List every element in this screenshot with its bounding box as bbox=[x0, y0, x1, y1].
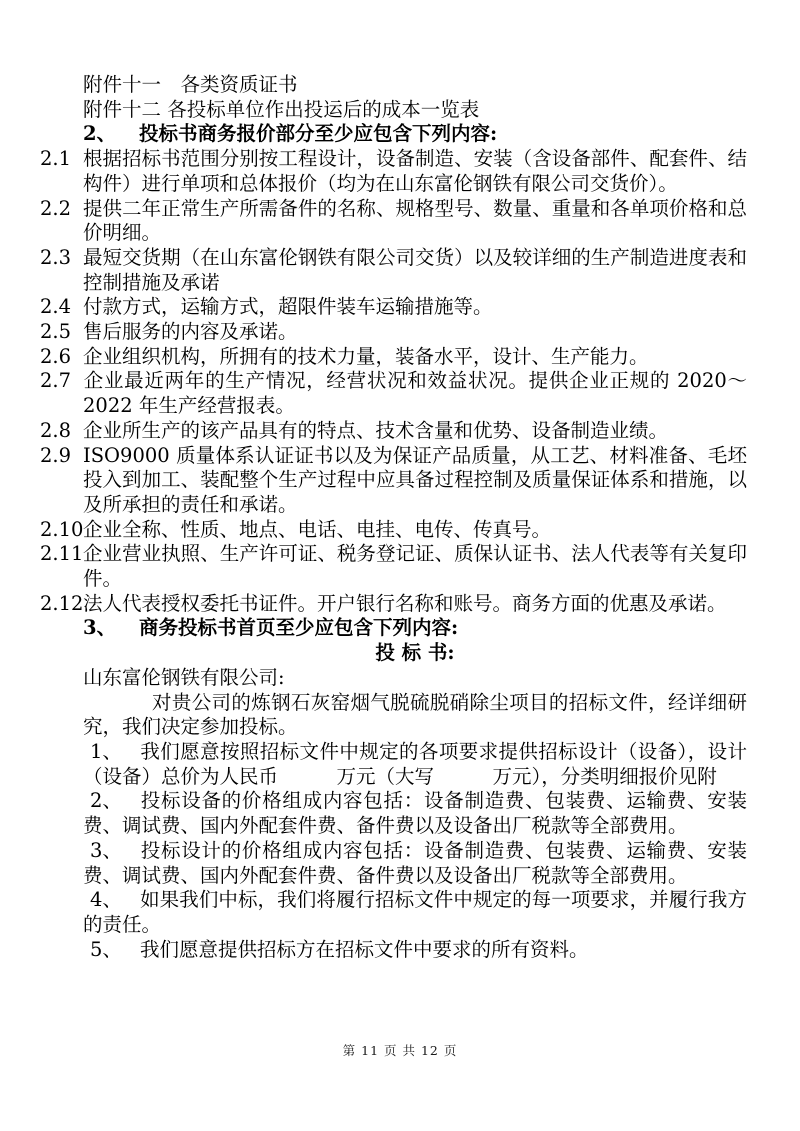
page-content: 附件十一 各类资质证书 附件十二 各投标单位作出投运后的成本一览表 2、投标书商… bbox=[83, 73, 747, 962]
clause-2-5: 2.5售后服务的内容及承诺。 bbox=[83, 320, 747, 345]
clause-number: 2.3 bbox=[40, 246, 83, 271]
clause-text: 企业最近两年的生产情况，经营状况和效益状况。提供企业正规的 2020～2022 … bbox=[83, 369, 747, 417]
clause-number: 2.5 bbox=[40, 320, 83, 345]
letter-item-3: 3、投标设计的价格组成内容包括：设备制造费、包装费、运输费、安装费、调试费、国内… bbox=[83, 839, 747, 888]
page-footer: 第 11 页 共 12 页 bbox=[0, 1044, 800, 1058]
clause-number: 2.6 bbox=[40, 345, 83, 370]
letter-item-5: 5、我们愿意提供招标方在招标文件中要求的所有资料。 bbox=[83, 938, 747, 963]
clause-number: 2.12 bbox=[40, 592, 83, 617]
letter-item-text: 我们愿意提供招标方在招标文件中要求的所有资料。 bbox=[140, 938, 589, 961]
clause-number: 2.10 bbox=[40, 518, 83, 543]
clause-text: 最短交货期（在山东富伦钢铁有限公司交货）以及较详细的生产制造进度表和控制措施及承… bbox=[83, 246, 747, 294]
section-3-number: 3、 bbox=[83, 616, 139, 641]
clause-number: 2.11 bbox=[40, 542, 83, 567]
letter-item-text: 投标设备的价格组成内容包括：设备制造费、包装费、运输费、安装费、调试费、国内外配… bbox=[83, 789, 747, 837]
clause-2-1: 2.1根据招标书范围分别按工程设计，设备制造、安装（含设备部件、配套件、结构件）… bbox=[83, 147, 747, 196]
clause-text: 企业全称、性质、地点、电话、电挂、电传、传真号。 bbox=[83, 518, 551, 541]
section-2-number: 2、 bbox=[83, 122, 139, 147]
clause-2-2: 2.2提供二年正常生产所需备件的名称、规格型号、数量、重量和各单项价格和总价明细… bbox=[83, 197, 747, 246]
letter-item-number: 3、 bbox=[90, 839, 140, 864]
section-3-title: 商务投标书首页至少应包含下列内容: bbox=[139, 616, 458, 639]
bid-letter-addressee: 山东富伦钢铁有限公司: bbox=[83, 666, 747, 691]
clause-text: ISO9000 质量体系认证证书以及为保证产品质量，从工艺、材料准备、毛坯投入到… bbox=[83, 444, 747, 516]
clause-2-8: 2.8企业所生产的该产品具有的特点、技术含量和优势、设备制造业绩。 bbox=[83, 419, 747, 444]
section-3-heading: 3、商务投标书首页至少应包含下列内容: bbox=[83, 616, 747, 641]
clause-2-11: 2.11企业营业执照、生产许可证、税务登记证、质保认证书、法人代表等有关复印件。 bbox=[83, 542, 747, 591]
clause-number: 2.9 bbox=[40, 444, 83, 469]
section-2-heading: 2、投标书商务报价部分至少应包含下列内容: bbox=[83, 122, 747, 147]
clause-text: 提供二年正常生产所需备件的名称、规格型号、数量、重量和各单项价格和总价明细。 bbox=[83, 197, 747, 245]
letter-item-4: 4、如果我们中标，我们将履行招标文件中规定的每一项要求，并履行我方的责任。 bbox=[83, 888, 747, 937]
clause-number: 2.1 bbox=[40, 147, 83, 172]
clause-2-12: 2.12法人代表授权委托书证件。开户银行名称和账号。商务方面的优惠及承诺。 bbox=[83, 592, 747, 617]
clause-text: 法人代表授权委托书证件。开户银行名称和账号。商务方面的优惠及承诺。 bbox=[83, 592, 727, 615]
clause-2-6: 2.6企业组织机构，所拥有的技术力量，装备水平，设计、生产能力。 bbox=[83, 345, 747, 370]
bid-letter-intro: 对贵公司的炼钢石灰窑烟气脱硫脱硝除尘项目的招标文件，经详细研究，我们决定参加投标… bbox=[83, 691, 747, 740]
letter-item-text: 投标设计的价格组成内容包括：设备制造费、包装费、运输费、安装费、调试费、国内外配… bbox=[83, 839, 747, 887]
section-2-title: 投标书商务报价部分至少应包含下列内容: bbox=[139, 122, 497, 145]
clause-2-4: 2.4付款方式，运输方式，超限件装车运输措施等。 bbox=[83, 295, 747, 320]
clause-2-7: 2.7企业最近两年的生产情况，经营状况和效益状况。提供企业正规的 2020～20… bbox=[83, 369, 747, 418]
clause-number: 2.7 bbox=[40, 369, 83, 394]
letter-item-number: 2、 bbox=[90, 789, 140, 814]
clause-text: 企业所生产的该产品具有的特点、技术含量和优势、设备制造业绩。 bbox=[83, 419, 668, 442]
attachment-line-11: 附件十一 各类资质证书 bbox=[83, 73, 747, 98]
attachment-line-12: 附件十二 各投标单位作出投运后的成本一览表 bbox=[83, 98, 747, 123]
document-page: 附件十一 各类资质证书 附件十二 各投标单位作出投运后的成本一览表 2、投标书商… bbox=[0, 0, 800, 1131]
letter-item-number: 5、 bbox=[90, 938, 140, 963]
letter-item-1: 1、我们愿意按照招标文件中规定的各项要求提供招标设计（设备），设计（设备）总价为… bbox=[83, 740, 747, 789]
clause-2-10: 2.10企业全称、性质、地点、电话、电挂、电传、传真号。 bbox=[83, 518, 747, 543]
clause-2-3: 2.3最短交货期（在山东富伦钢铁有限公司交货）以及较详细的生产制造进度表和控制措… bbox=[83, 246, 747, 295]
letter-item-text: 我们愿意按照招标文件中规定的各项要求提供招标设计（设备），设计（设备）总价为人民… bbox=[83, 740, 747, 788]
clause-text: 企业营业执照、生产许可证、税务登记证、质保认证书、法人代表等有关复印件。 bbox=[83, 542, 747, 590]
clause-number: 2.2 bbox=[40, 197, 83, 222]
clause-text: 售后服务的内容及承诺。 bbox=[83, 320, 298, 343]
clause-number: 2.8 bbox=[40, 419, 83, 444]
clause-text: 根据招标书范围分别按工程设计，设备制造、安装（含设备部件、配套件、结构件）进行单… bbox=[83, 147, 747, 195]
clause-text: 企业组织机构，所拥有的技术力量，装备水平，设计、生产能力。 bbox=[83, 345, 649, 368]
letter-item-2: 2、投标设备的价格组成内容包括：设备制造费、包装费、运输费、安装费、调试费、国内… bbox=[83, 789, 747, 838]
letter-item-number: 1、 bbox=[90, 740, 140, 765]
clause-text: 付款方式，运输方式，超限件装车运输措施等。 bbox=[83, 295, 493, 318]
bid-letter-title: 投 标 书: bbox=[83, 641, 747, 666]
letter-item-text: 如果我们中标，我们将履行招标文件中规定的每一项要求，并履行我方的责任。 bbox=[83, 888, 747, 936]
clause-number: 2.4 bbox=[40, 295, 83, 320]
letter-item-number: 4、 bbox=[90, 888, 140, 913]
clause-2-9: 2.9ISO9000 质量体系认证证书以及为保证产品质量，从工艺、材料准备、毛坯… bbox=[83, 444, 747, 518]
